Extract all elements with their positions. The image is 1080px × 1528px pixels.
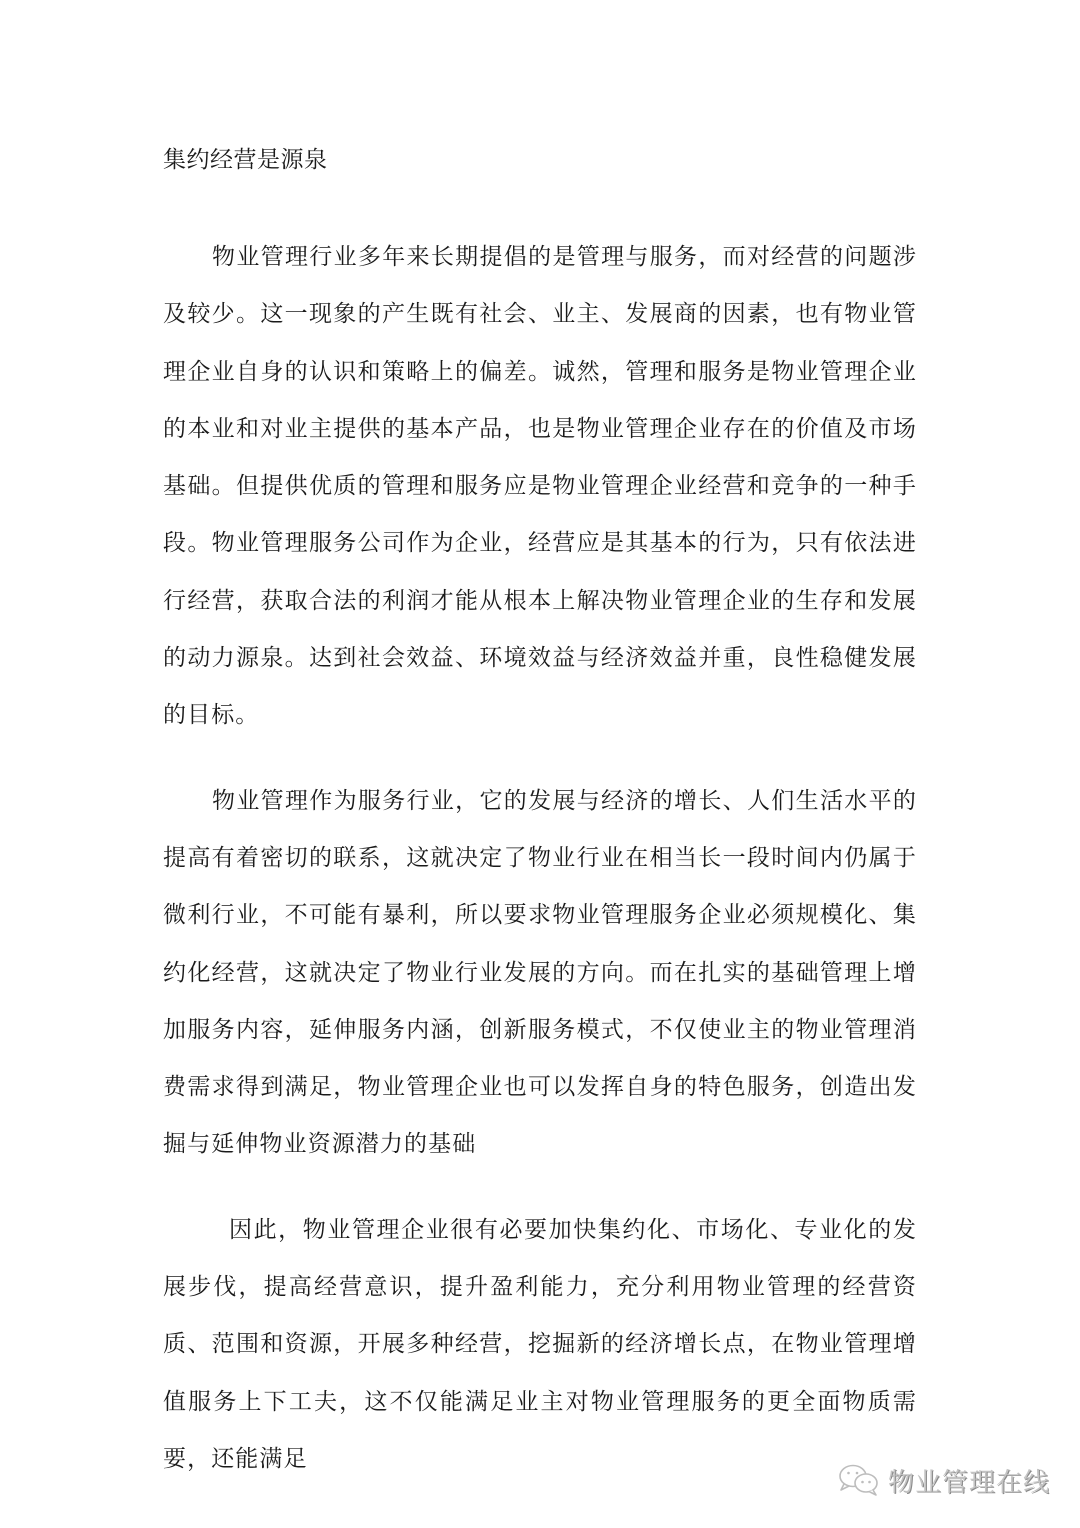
paragraph-2: 物业管理作为服务行业，它的发展与经济的增长、人们生活水平的提高有着密切的联系，这… <box>163 773 917 1174</box>
section-title: 集约经营是源泉 <box>163 138 917 182</box>
watermark: 物业管理在线 <box>838 1460 1050 1500</box>
paragraph-1: 物业管理行业多年来长期提倡的是管理与服务，而对经营的问题涉及较少。这一现象的产生… <box>163 229 917 745</box>
wechat-icon <box>838 1463 882 1497</box>
watermark-text: 物业管理在线 <box>888 1462 1050 1499</box>
document-page: 集约经营是源泉 物业管理行业多年来长期提倡的是管理与服务，而对经营的问题涉及较少… <box>163 138 917 1488</box>
paragraph-3: 因此，物业管理企业很有必要加快集约化、市场化、专业化的发展步伐，提高经营意识，提… <box>163 1202 917 1488</box>
